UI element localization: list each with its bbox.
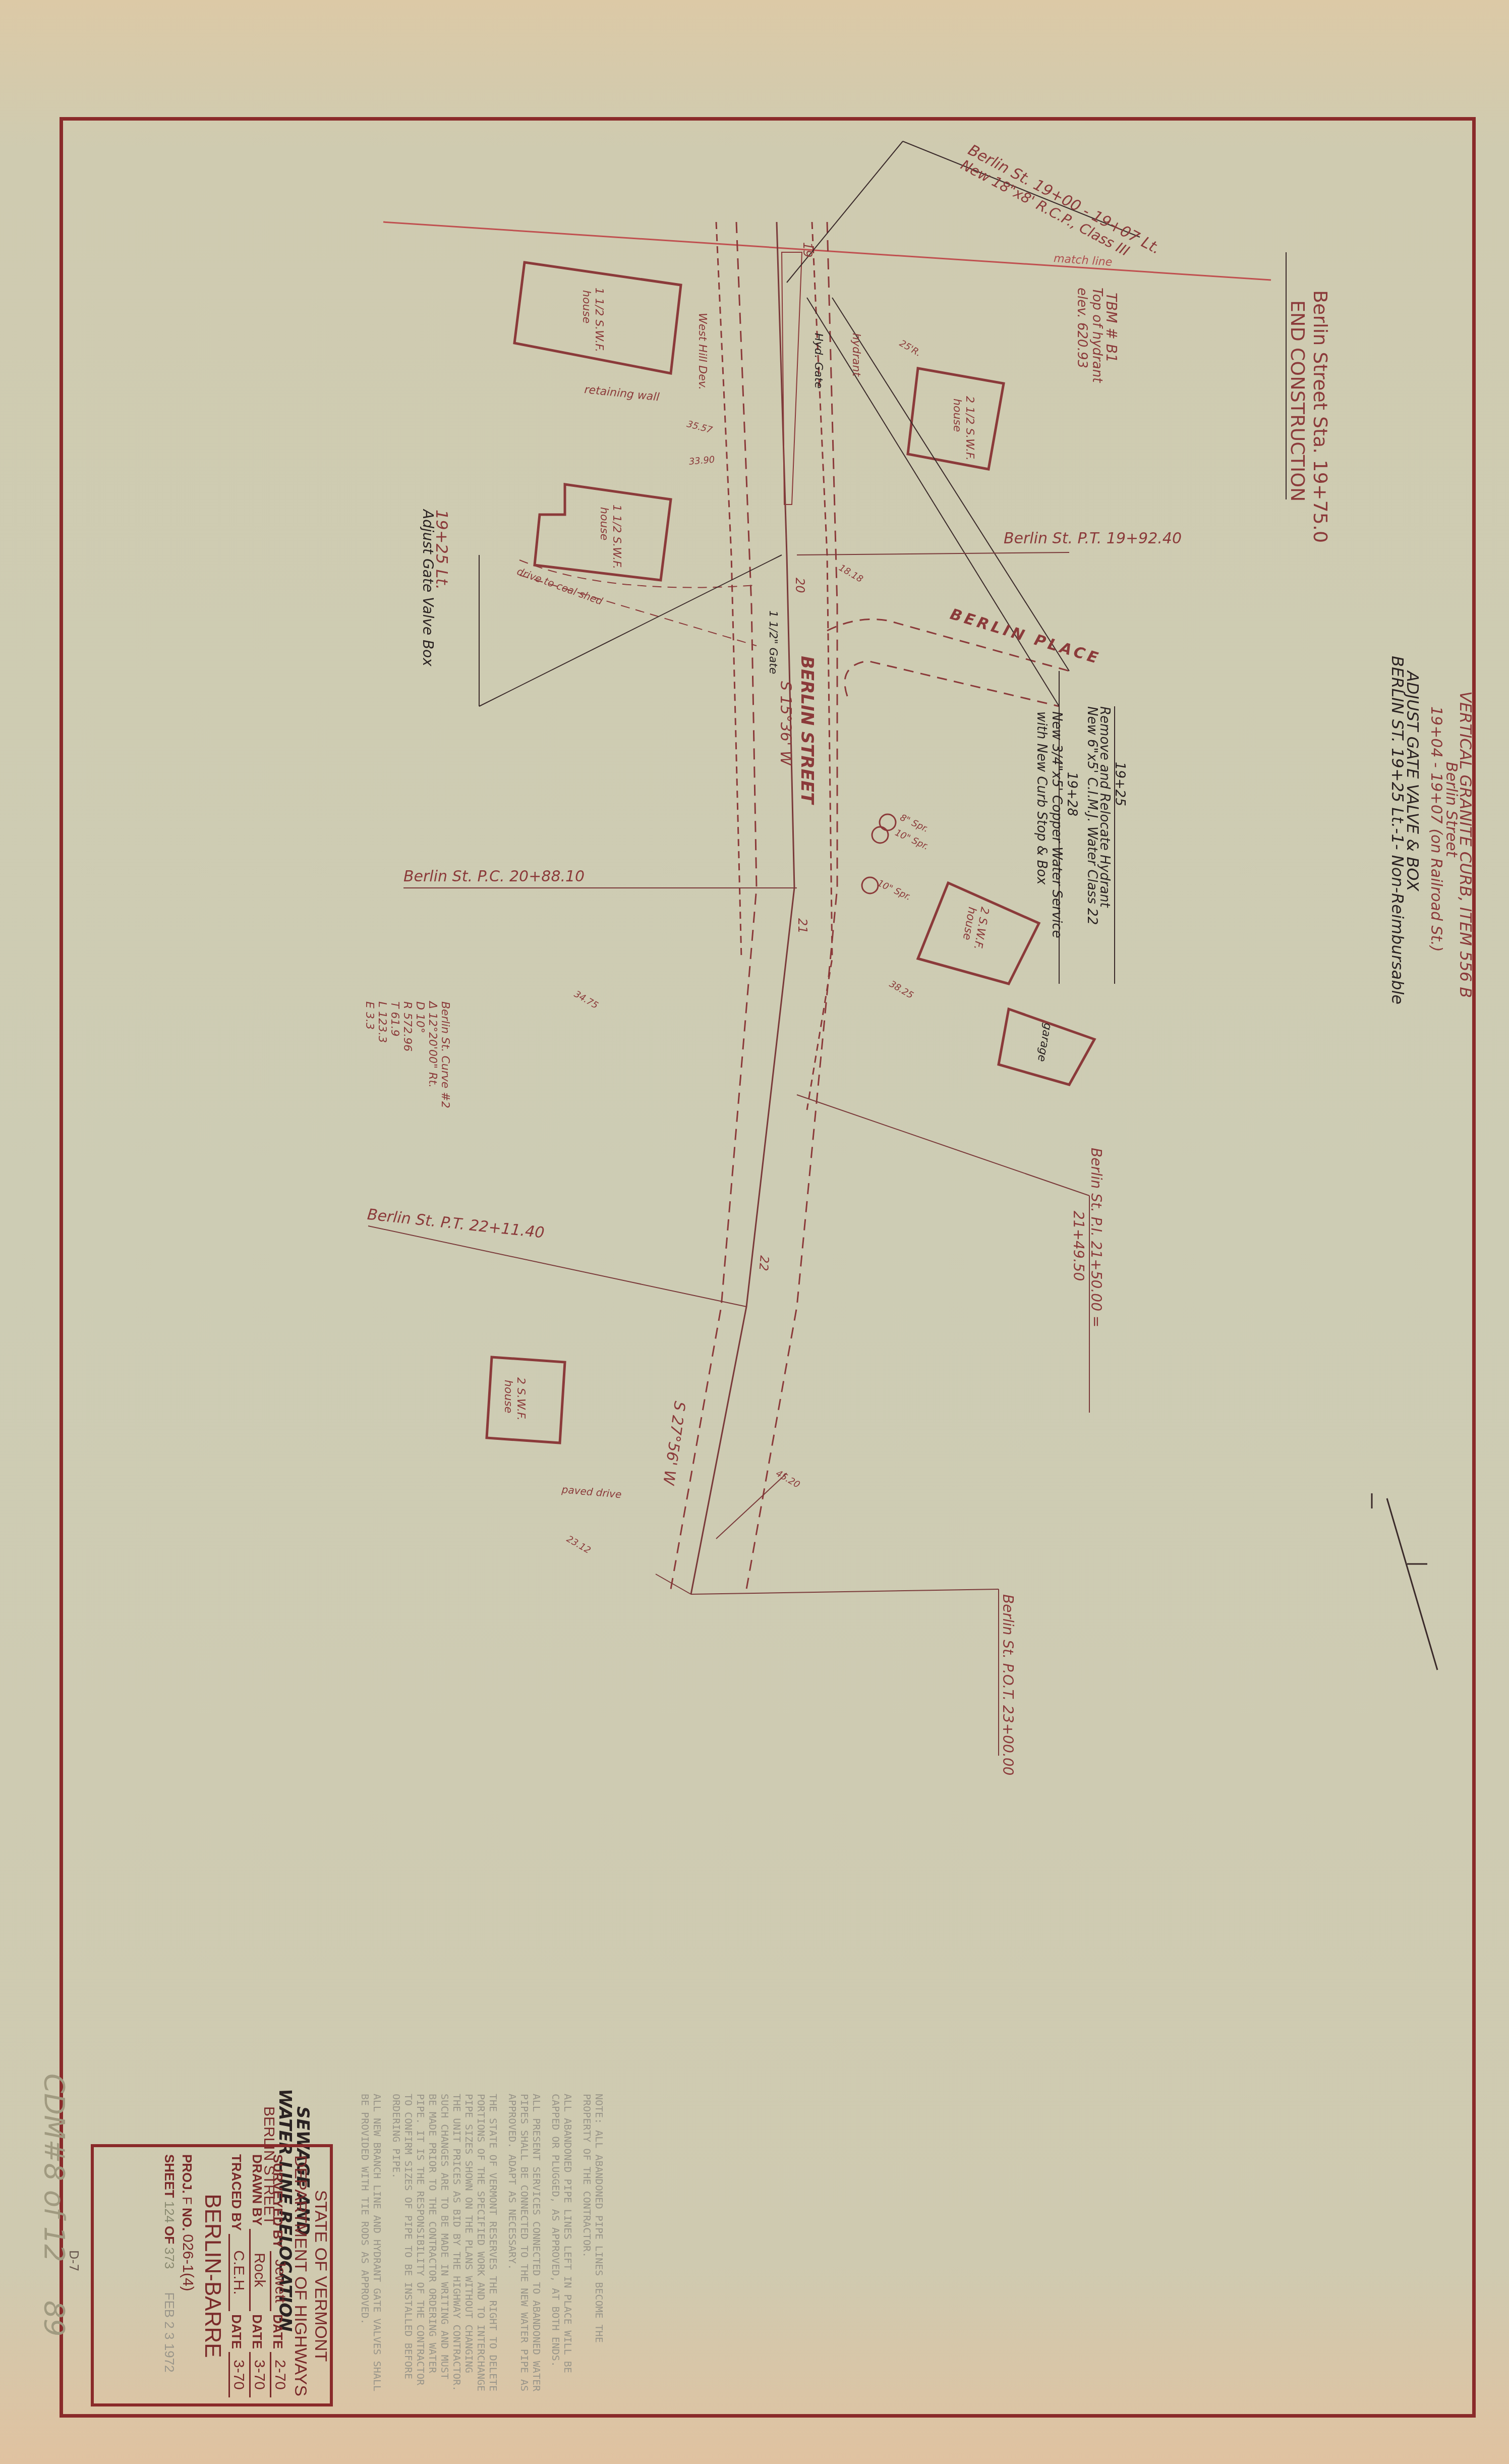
building-2-sub: house <box>598 507 610 540</box>
station-21: 21 <box>795 918 809 934</box>
curve-l: L 123.3 <box>376 1001 388 1043</box>
curve-delta: Δ 12°20'00" Rt. <box>426 1001 439 1088</box>
curve-d: D 10° <box>414 1001 426 1033</box>
surveyed-date-value: 2-70 <box>270 2352 288 2397</box>
note-4: THE STATE OF VERMONT RESERVES THE RIGHT … <box>390 2094 499 2396</box>
tbm-line-2: Top of hydrant <box>1089 288 1105 382</box>
sheet-total: 373 <box>161 2247 177 2269</box>
drawn-by-label: DRAWN BY <box>249 2154 265 2226</box>
agency-line-1: STATE OF VERMONT <box>311 2147 331 2404</box>
note-5: ALL NEW BRANCH LINE AND HYDRANT GATE VAL… <box>359 2094 383 2396</box>
end-construction-station: Berlin Street Sta. 19+75.0 <box>1309 290 1331 543</box>
pot-23-00: Berlin St. P.O.T. 23+00.00 <box>1000 1594 1016 1775</box>
stamp-date: FEB 2 3 1972 <box>161 2292 177 2373</box>
sheet-label: SHEET <box>161 2154 177 2198</box>
berlin-street-label: BERLIN STREET <box>797 656 817 804</box>
building-6-sub: house <box>502 1380 514 1413</box>
pt-19-92: Berlin St. P.T. 19+92.40 <box>1004 530 1182 547</box>
station-19: 19 <box>800 242 815 258</box>
traced-by-value: C.E.H. <box>228 2234 247 2311</box>
adjust-valve-location: BERLIN ST. 19+25 Lt.-1- Non-Reimbursable <box>1388 656 1407 1004</box>
sheet-no: 124 <box>161 2201 177 2223</box>
note-2: ALL ABANDONED PIPE LINES LEFT IN PLACE W… <box>550 2094 574 2396</box>
title-block: STATE OF VERMONT DEPARTMENT OF HIGHWAYS … <box>91 2144 333 2406</box>
surveyed-by-label: SURVEYED BY <box>270 2154 285 2248</box>
project-row: PROJ. F NO. 026-1(4) <box>179 2154 196 2397</box>
pc-20-88: Berlin St. P.C. 20+88.10 <box>403 868 585 885</box>
service-desc-1: New 3/4"x5' Copper Water Service <box>1049 711 1064 938</box>
agency-line-2: DEPARTMENT OF HIGHWAYS <box>291 2147 311 2404</box>
building-1-label: 1 1/2 S.W.F. <box>593 288 605 352</box>
site-plan-linework <box>0 0 1509 2464</box>
traced-by-label: TRACED BY <box>228 2154 244 2231</box>
service-station: 19+28 <box>1064 772 1079 816</box>
proj-prefix: F <box>179 2197 195 2205</box>
general-notes: NOTE: ALL ABANDONED PIPE LINES BECOME TH… <box>313 2094 615 2396</box>
hydrant-label: hydrant <box>850 333 862 376</box>
north-arrow-icon <box>1372 1493 1437 1670</box>
bearing-s15: S 15°36' W <box>777 681 794 765</box>
drawn-by-value: Rock <box>249 2229 268 2312</box>
note-1: ALL ABANDONED PIPE LINES BECOME THE PROP… <box>581 2094 605 2343</box>
handwritten-ref: CDM#8 of 12 <box>38 2074 71 2262</box>
surveyed-by-value: Jewett <box>270 2251 288 2311</box>
sheet-row: SHEET 124 OF 373 FEB 2 3 1972 <box>161 2154 177 2397</box>
drawn-row: DRAWN BY Rock DATE 3-70 <box>249 2154 268 2397</box>
curb-range-note: 19+04 - 19+07 (on Railroad St.) <box>1427 706 1445 952</box>
curb-street-note: Berlin Street <box>1442 762 1460 857</box>
pi-21-49: 21+49.50 <box>1070 1211 1087 1281</box>
drawn-date-value: 3-70 <box>249 2352 268 2397</box>
station-22: 22 <box>756 1255 772 1272</box>
proj-no-label: NO. <box>179 2208 195 2231</box>
drawn-date-label: DATE <box>249 2314 265 2349</box>
building-1-sub: house <box>580 290 593 323</box>
traced-row: TRACED BY C.E.H. DATE 3-70 <box>228 2154 247 2397</box>
curve-r: R 572.96 <box>401 1001 414 1051</box>
dist-33-90: 33.90 <box>688 455 715 467</box>
end-construction-label: END CONSTRUCTION <box>1287 300 1309 501</box>
traced-date-value: 3-70 <box>228 2352 247 2397</box>
curve-title: Berlin St. Curve #2 <box>439 1001 451 1108</box>
pi-21-50: Berlin St. P.I. 21+50.00 = <box>1088 1148 1105 1327</box>
building-3-label: 2 1/2 S.W.F. <box>963 396 976 461</box>
station-20: 20 <box>793 578 807 593</box>
west-hill-dev-label: West Hill Dev. <box>696 313 709 390</box>
notes-heading: NOTE: <box>593 2094 605 2124</box>
tbm-line-3: elev. 620.93 <box>1074 288 1089 368</box>
note-3: ALL PRESENT SERVICES CONNECTED TO ABANDO… <box>506 2094 543 2396</box>
hydrant-desc-2: New 6"x5' C.I.M.J. Water Class 22 <box>1084 706 1099 925</box>
curve-t: T 61.9 <box>388 1001 401 1036</box>
sheet-of-label: OF <box>161 2226 177 2244</box>
building-6-label: 2 S.W.F. <box>514 1377 527 1421</box>
half-gate-label: 1 1/2" Gate <box>767 610 779 674</box>
proj-no-value: 026-1(4) <box>179 2234 196 2291</box>
gate-valve-box-label: Adjust Gate Valve Box <box>420 510 436 666</box>
building-2-label: 1 1/2 S.W.F. <box>610 505 623 569</box>
handwritten-number: 89 <box>38 2301 71 2336</box>
surveyed-date-label: DATE <box>270 2314 285 2349</box>
hydrant-station: 19+25 <box>1112 762 1127 806</box>
proj-label: PROJ. <box>179 2154 195 2194</box>
building-3-sub: house <box>951 399 963 432</box>
hyd-gate-label: Hyd. Gate <box>812 333 825 388</box>
tbm-line-1: TBM # B1 <box>1103 293 1120 363</box>
curve-e: E 3.3 <box>363 1001 376 1030</box>
service-desc-2: with New Curb Stop & Box <box>1034 711 1049 885</box>
traced-date-label: DATE <box>228 2314 244 2349</box>
town-name: BERLIN-BARRE <box>198 2147 226 2404</box>
surveyed-row: SURVEYED BY Jewett DATE 2-70 <box>270 2154 288 2397</box>
